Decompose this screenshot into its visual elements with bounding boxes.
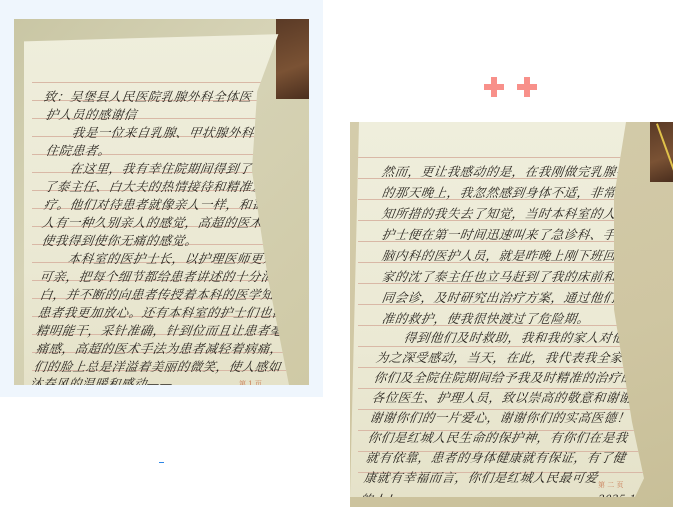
- handwritten-line: 各位医生、护理人员，致以崇高的敬意和谢谢！: [371, 388, 647, 406]
- handwritten-line: 就有依靠，患者的身体健康就有保证，有了健: [365, 448, 628, 466]
- letter-date: 2025.11.11: [597, 494, 661, 505]
- handwritten-line: 使我得到使你无痛的感觉。: [41, 231, 200, 249]
- handwritten-line: 谢谢你们的一片爱心，谢谢你们的实高医德！: [369, 408, 632, 426]
- handwritten-line: 康就有幸福而言，你们是红城人民最可爱: [363, 468, 600, 486]
- signature: 来自一位住院患者的感激之情: [397, 498, 569, 507]
- handwritten-line: 脑内科的医护人员，就是昨晚上刚下班回: [381, 246, 618, 264]
- letter-paper: 致：吴堡县人民医院乳腺外科全体医 护人员的感谢信 我是一位来自乳腺、甲状腺外科的…: [24, 27, 289, 385]
- handwritten-line: 们的脸上总是洋溢着美丽的微笑，使人感如: [33, 357, 283, 375]
- handwritten-line: 精明能干，采针准确，针到位而且让患者毫无: [35, 321, 298, 339]
- handwritten-line: 本科室的医护士长，以护理医师更是和蔼: [41, 249, 304, 267]
- handwritten-line: 得到他们及时救助，我和我的家人对他们: [377, 328, 640, 346]
- handwritten-line: 痛感，高超的医术手法为患者减轻着病痛，当她: [35, 339, 309, 357]
- page-number-mark: 第 二 页: [598, 480, 623, 490]
- handwritten-line: 了泰主任、白大夫的热情接待和精准及时的治: [43, 177, 306, 195]
- handwritten-line: 我是一位来自乳腺、甲状腺外科的: [45, 123, 269, 141]
- paper-code: 308116×93.5: [380, 500, 423, 507]
- handwritten-line: 白，并不断的向患者传授着本科的医学知识，让: [39, 285, 309, 303]
- handwritten-line: 你们是红城人民生命的保护神，有你们在是我: [367, 428, 630, 446]
- handwritten-line: 家的沈了泰主任也立马赶到了我的床前和大家共: [381, 267, 657, 285]
- handwritten-line: 的那天晚上，我忽然感到身体不适，非常难受，: [381, 183, 657, 201]
- handwritten-line: 在这里，我有幸住院期间得到了本科沈: [43, 159, 293, 177]
- letter-photo-page-1[interactable]: 致：吴堡县人民医院乳腺外科全体医 护人员的感谢信 我是一位来自乳腺、甲状腺外科的…: [14, 19, 309, 385]
- handwritten-line: 为之深受感动，当天，在此，我代表我全家的: [375, 348, 638, 366]
- handwritten-line: 沐春风的温暖和感动——: [29, 374, 175, 385]
- handwritten-line: 准的救护，使我很快渡过了危险期。: [381, 309, 592, 327]
- handwritten-line: 可亲，把每个细节都给患者讲述的十分清楚明: [39, 267, 302, 285]
- plus-icon[interactable]: [484, 77, 504, 97]
- plus-icon[interactable]: [517, 77, 537, 97]
- handwritten-line: 致：吴堡县人民医院乳腺外科全体医: [43, 87, 254, 105]
- letter-photo-page-2[interactable]: 然而，更让我感动的是，在我刚做完乳腺手术 的那天晚上，我忽然感到身体不适，非常难…: [350, 122, 673, 507]
- handwritten-line: 知所措的我失去了知觉，当时本科室的人员及值班: [381, 204, 670, 222]
- handwritten-line: 同会诊，及时研究出治疗方案，通过他们及时精: [381, 288, 657, 306]
- handwritten-line: 患者我更加放心。还有本科室的护士们也都个个: [37, 303, 309, 321]
- handwritten-line: 你们及全院住院期间给予我及时精准的治疗的: [373, 368, 636, 386]
- handwritten-line: 护士便在第一时间迅速叫来了急诊科、手术室、心: [381, 225, 670, 243]
- link-underline[interactable]: [159, 462, 164, 463]
- handwritten-line: 护人员的感谢信: [45, 105, 139, 123]
- page-number-mark: 第 1 页: [239, 379, 262, 385]
- handwritten-line: 的人！: [359, 490, 401, 507]
- handwritten-line: 人有一种久别亲人的感觉，高超的医术，精湛: [41, 213, 304, 231]
- left-image-panel: 致：吴堡县人民医院乳腺外科全体医 护人员的感谢信 我是一位来自乳腺、甲状腺外科的…: [0, 0, 323, 397]
- handwritten-line: 住院患者。: [45, 141, 113, 159]
- wooden-table-edge: [650, 122, 673, 182]
- handwritten-line: 疗。他们对待患者就像亲人一样，和蔼细语，让: [43, 195, 309, 213]
- wooden-table-edge: [276, 19, 309, 99]
- letter-paper: 然而，更让我感动的是，在我刚做完乳腺手术 的那天晚上，我忽然感到身体不适，非常难…: [350, 122, 650, 497]
- handwritten-line: 然而，更让我感动的是，在我刚做完乳腺手术: [381, 162, 644, 180]
